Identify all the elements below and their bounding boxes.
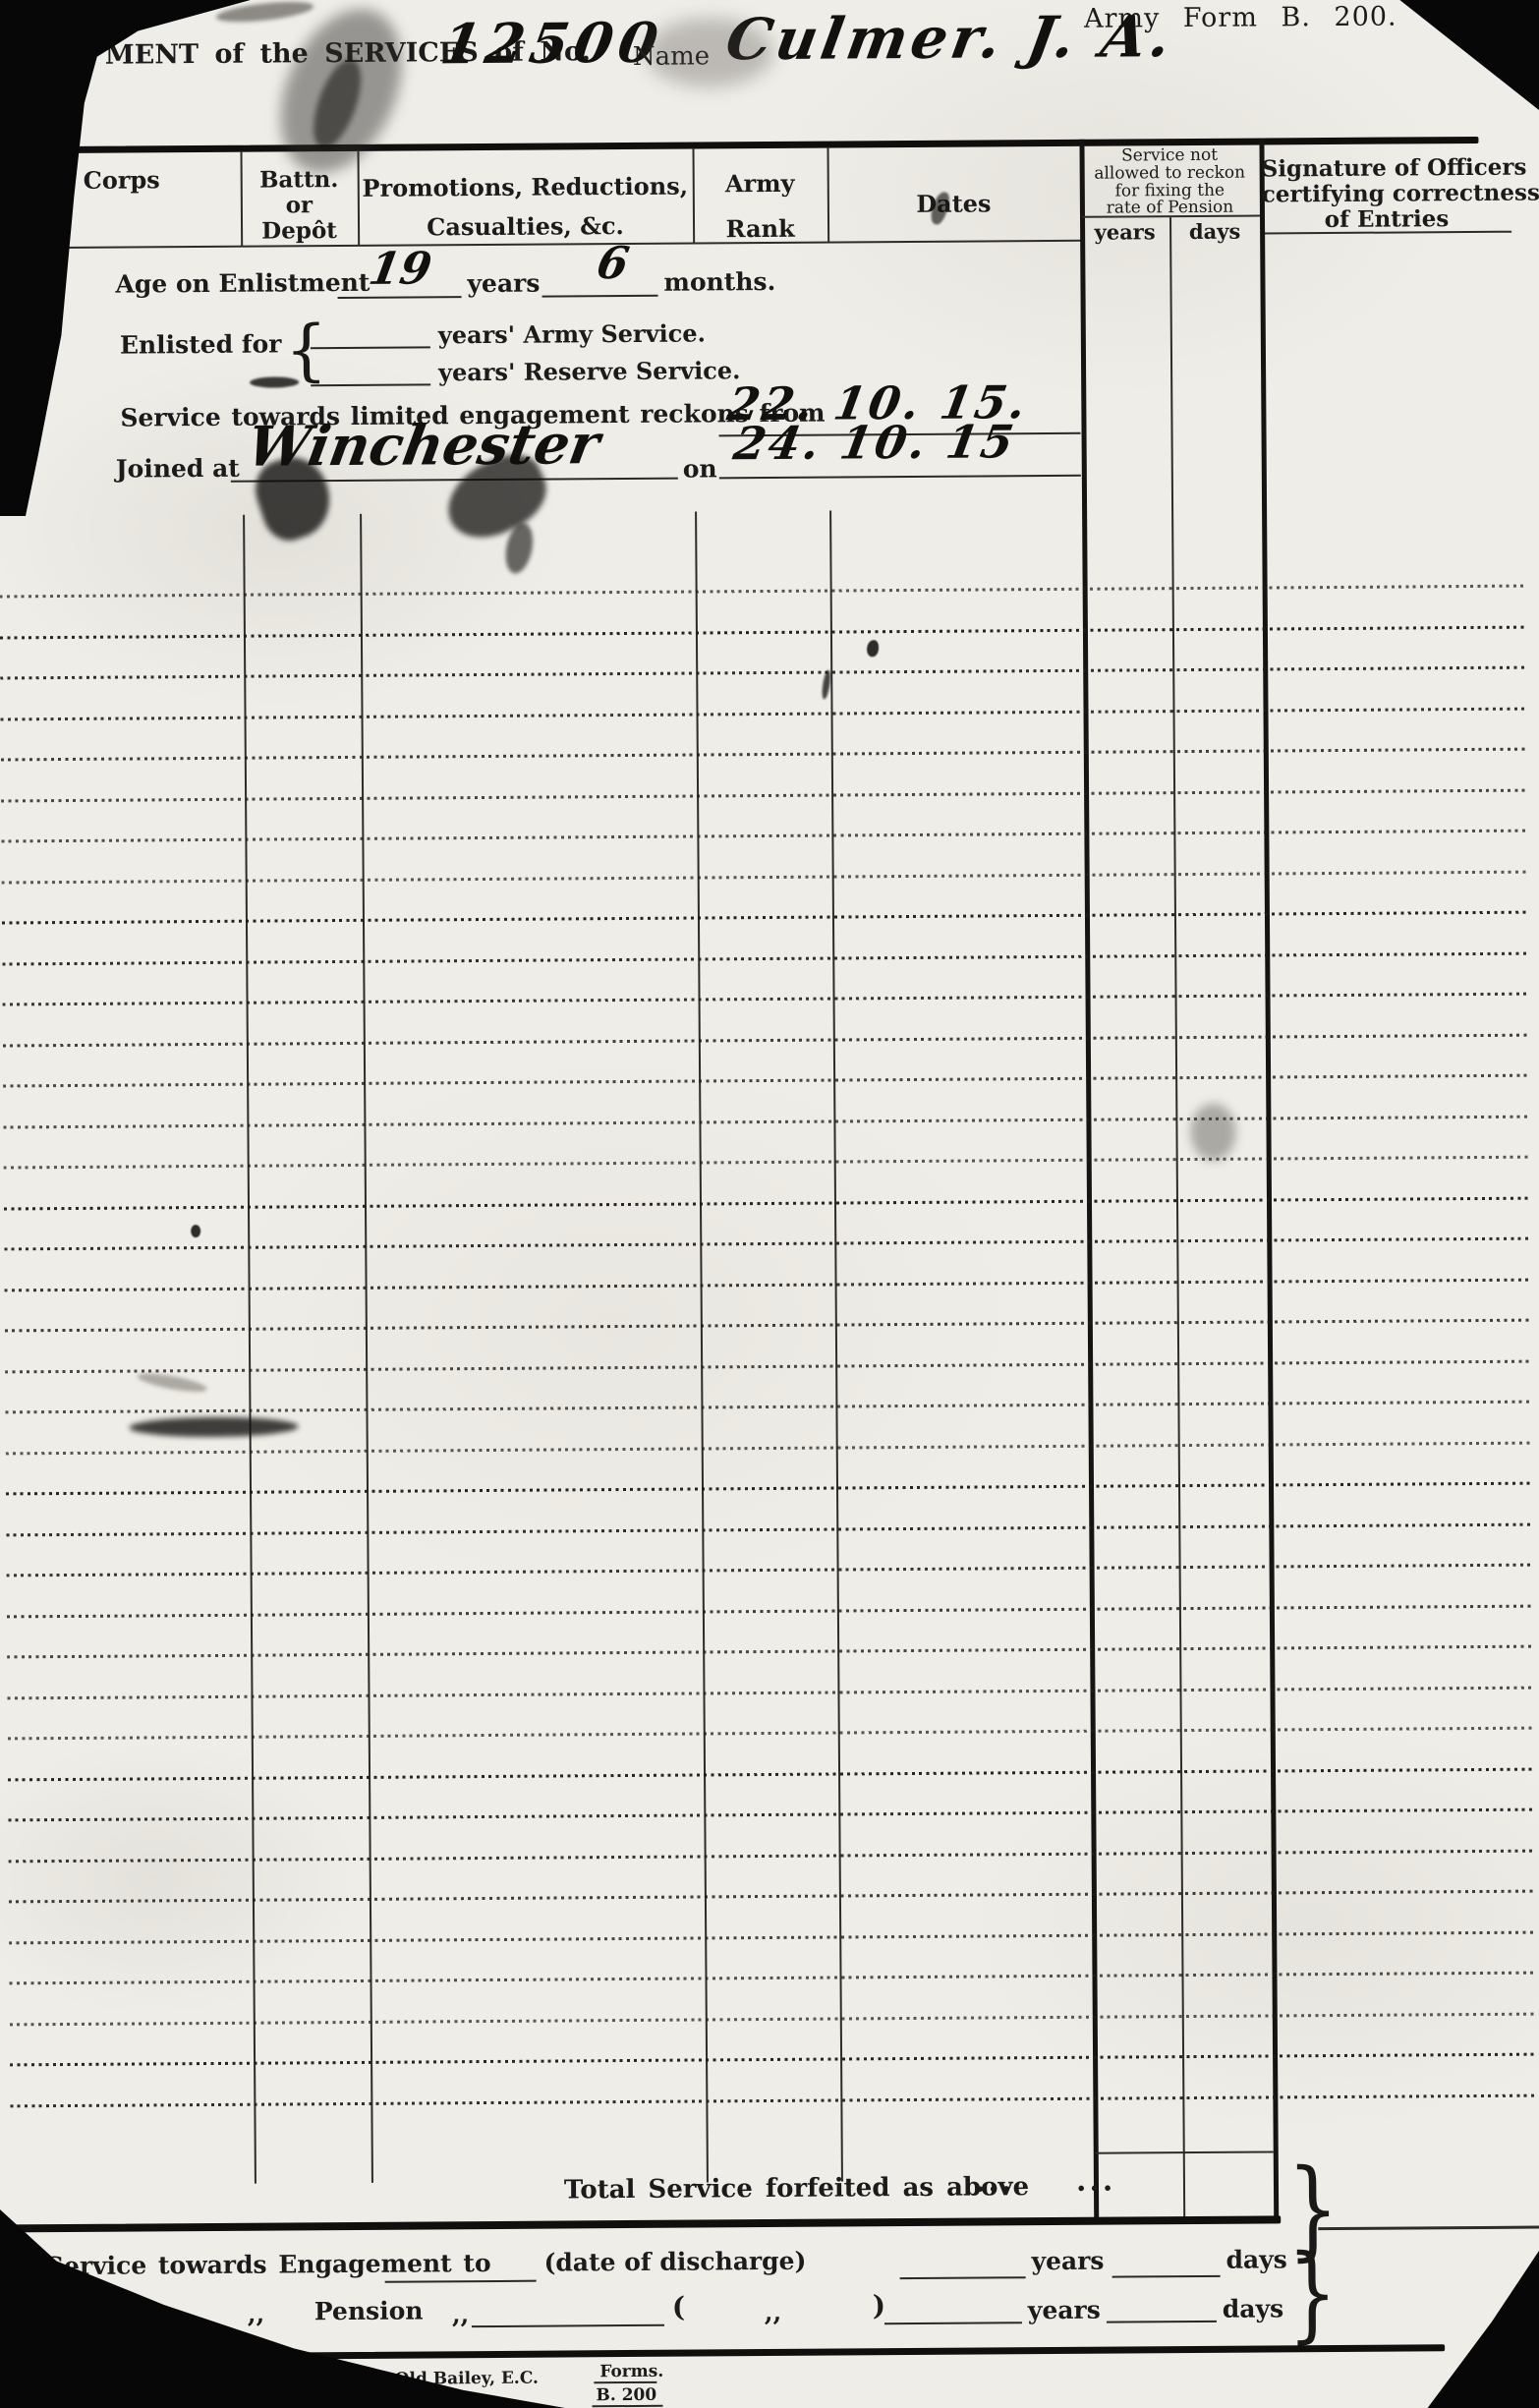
column-header-corps: Corps [84,165,160,195]
name-handwriting: Culmer. J. A. [721,3,1179,73]
joined-on-label: on [683,454,717,483]
scanned-army-form-page: Army Form B. 200. MENT of the SERVICES o… [0,0,1539,2408]
column-header-signature-line3: of Entries [1262,205,1511,234]
enlisted-for-label: Enlisted for [120,329,282,359]
army-service-label: years' Army Service. [438,318,706,349]
age-months-underline [542,295,658,298]
column-header-years: years [1080,219,1169,245]
dotted-rule-line [0,666,1525,680]
total-forfeited-dots-1: ... [975,2164,1015,2199]
age-years-handwriting: 19 [366,242,436,295]
body-column-corps-battn [243,515,256,2184]
dotted-rule-line [0,625,1525,639]
dotted-rule-line [5,1319,1530,1333]
pension-box-left-border [1079,140,1099,2221]
column-header-army-rank-line1: Army [693,169,827,199]
dotted-rule-line [9,1890,1534,1904]
dotted-rule-line [10,1972,1535,1985]
ink-smear-lower-left [130,1416,299,1437]
dotted-rule-line [10,2093,1535,2107]
engagement-days-underline [1112,2275,1221,2278]
body-column-battn-promotions [360,514,373,2183]
ink-dot-mid-page [191,1225,200,1237]
dotted-rule-line [8,1727,1533,1741]
dotted-rule-line [10,2053,1535,2067]
total-forfeited-dots-2: ... [1076,2164,1116,2199]
dotted-rule-line [3,1033,1528,1047]
pencil-curve-lower-left [137,1370,208,1396]
ink-speck-dates-column [867,640,879,657]
dotted-rule-line [3,1074,1528,1088]
pension-line-label: Pension [314,2296,424,2325]
smudge-after-number [646,18,773,87]
dotted-rule-line [0,585,1525,599]
dotted-rule-line [1,788,1526,802]
body-column-promotions-rank [695,511,709,2182]
pension-box-right-border [1259,138,1279,2219]
pension-date-underline [472,2324,664,2327]
smudge-pension-column [1190,1104,1235,1161]
right-edge-line [1318,2226,1539,2231]
column-header-battn-line3: Depôt [241,217,358,245]
total-forfeited-label: Total Service forfeited as above [564,2172,1029,2205]
age-years-underline [338,296,462,299]
column-header-days: days [1169,218,1260,244]
joined-on-handwriting: 24. 10. 15 [730,415,1020,470]
pension-line-ditto-4: ,, [765,2298,782,2326]
dotted-rule-line [1,830,1526,843]
pension-days-label: days [1223,2294,1283,2322]
header-bottom-line [23,240,1082,250]
age-months-value: 6 [593,237,624,289]
pension-paren-close: ) [873,2289,885,2322]
column-header-dates: Dates [827,189,1080,219]
forms-label-underline [594,2381,656,2383]
age-months-label: months. [663,267,775,297]
dotted-rule-line [6,1482,1531,1496]
form-content: Army Form B. 200. MENT of the SERVICES o… [0,0,1539,2408]
dotted-rule-line [1,748,1526,762]
engagement-date-of-discharge: (date of discharge) [543,2247,806,2277]
dotted-rule-line [5,1278,1530,1291]
enlisted-brace: { [285,317,328,384]
army-service-underline [311,346,430,349]
engagement-years-label: years [1031,2247,1104,2276]
joined-at-label: Joined at [116,454,240,484]
dotted-rule-line [4,1156,1529,1170]
engagement-days-label: days [1225,2245,1286,2273]
dotted-rule-line [2,870,1527,884]
dotted-rule-line [6,1441,1531,1455]
joined-on-value: 24. 10. 15 [729,415,1010,470]
pension-days-underline [1107,2321,1217,2323]
footer-rule [155,2344,1445,2360]
dotted-rule-line [7,1686,1532,1699]
dotted-rule-line [2,951,1527,965]
forms-label: Forms. [599,2362,663,2381]
name-value: Culmer. J. A. [720,3,1168,73]
engagement-years-underline [900,2276,1026,2279]
forms-number: B. 200 [596,2385,656,2405]
column-header-battn-line2: or [241,192,358,219]
reserve-service-underline [311,383,430,386]
column-header-signature-line1: Signature of Officers [1262,154,1511,183]
dotted-rule-line [6,1522,1531,1536]
pension-years-underline [884,2322,1022,2324]
dotted-rule-line [7,1645,1532,1659]
pension-years-label: years [1028,2296,1101,2325]
column-header-pension-line4: rate of Pension [1080,197,1260,217]
pension-paren-open: ( [672,2291,685,2323]
age-years-label: years [467,269,540,299]
forms-number-underline [593,2405,663,2408]
dotted-rule-line [7,1604,1532,1618]
dotted-rule-line [1,707,1526,720]
dotted-rule-line [8,1767,1533,1781]
summary-lines-brace: } [1287,2241,1338,2345]
age-months-handwriting: 6 [593,237,632,289]
engagement-date-underline [385,2280,537,2283]
pension-years-days-divider [1169,217,1185,2220]
dotted-rule-line [4,1237,1529,1251]
totals-rule [7,2215,1281,2232]
dotted-rule-line [9,1930,1534,1944]
age-years-value: 19 [365,242,427,294]
body-column-rank-dates [829,511,843,2182]
reserve-service-label: years' Reserve Service. [438,356,741,386]
dotted-rule-line [7,1564,1532,1577]
dotted-rule-line [4,1196,1529,1210]
service-number-value: 12500 [436,11,657,78]
pension-line-ditto-2: ,, [248,2300,265,2328]
age-on-enlistment-label: Age on Enlistment [115,268,370,299]
dotted-rule-line [3,1115,1528,1128]
dotted-rule-line [5,1359,1530,1373]
column-header-battn-line1: Battn. [241,166,358,194]
column-header-promotions-line1: Promotions, Reductions, [358,172,693,202]
dotted-rule-line [8,1808,1533,1822]
dotted-rule-line [2,911,1527,925]
column-header-promotions-line2: Casualties, &c. [358,211,693,242]
pension-line-ditto-3: ,, [452,2300,470,2328]
dotted-rule-line [10,2012,1535,2026]
dotted-rule-line [5,1401,1530,1414]
column-header-signature-line2: certifying correctness [1262,180,1511,208]
column-header-army-rank-line2: Rank [693,214,827,244]
joined-on-underline [719,475,1081,480]
dotted-rule-line [9,1849,1534,1863]
dotted-rule-line [3,993,1528,1006]
